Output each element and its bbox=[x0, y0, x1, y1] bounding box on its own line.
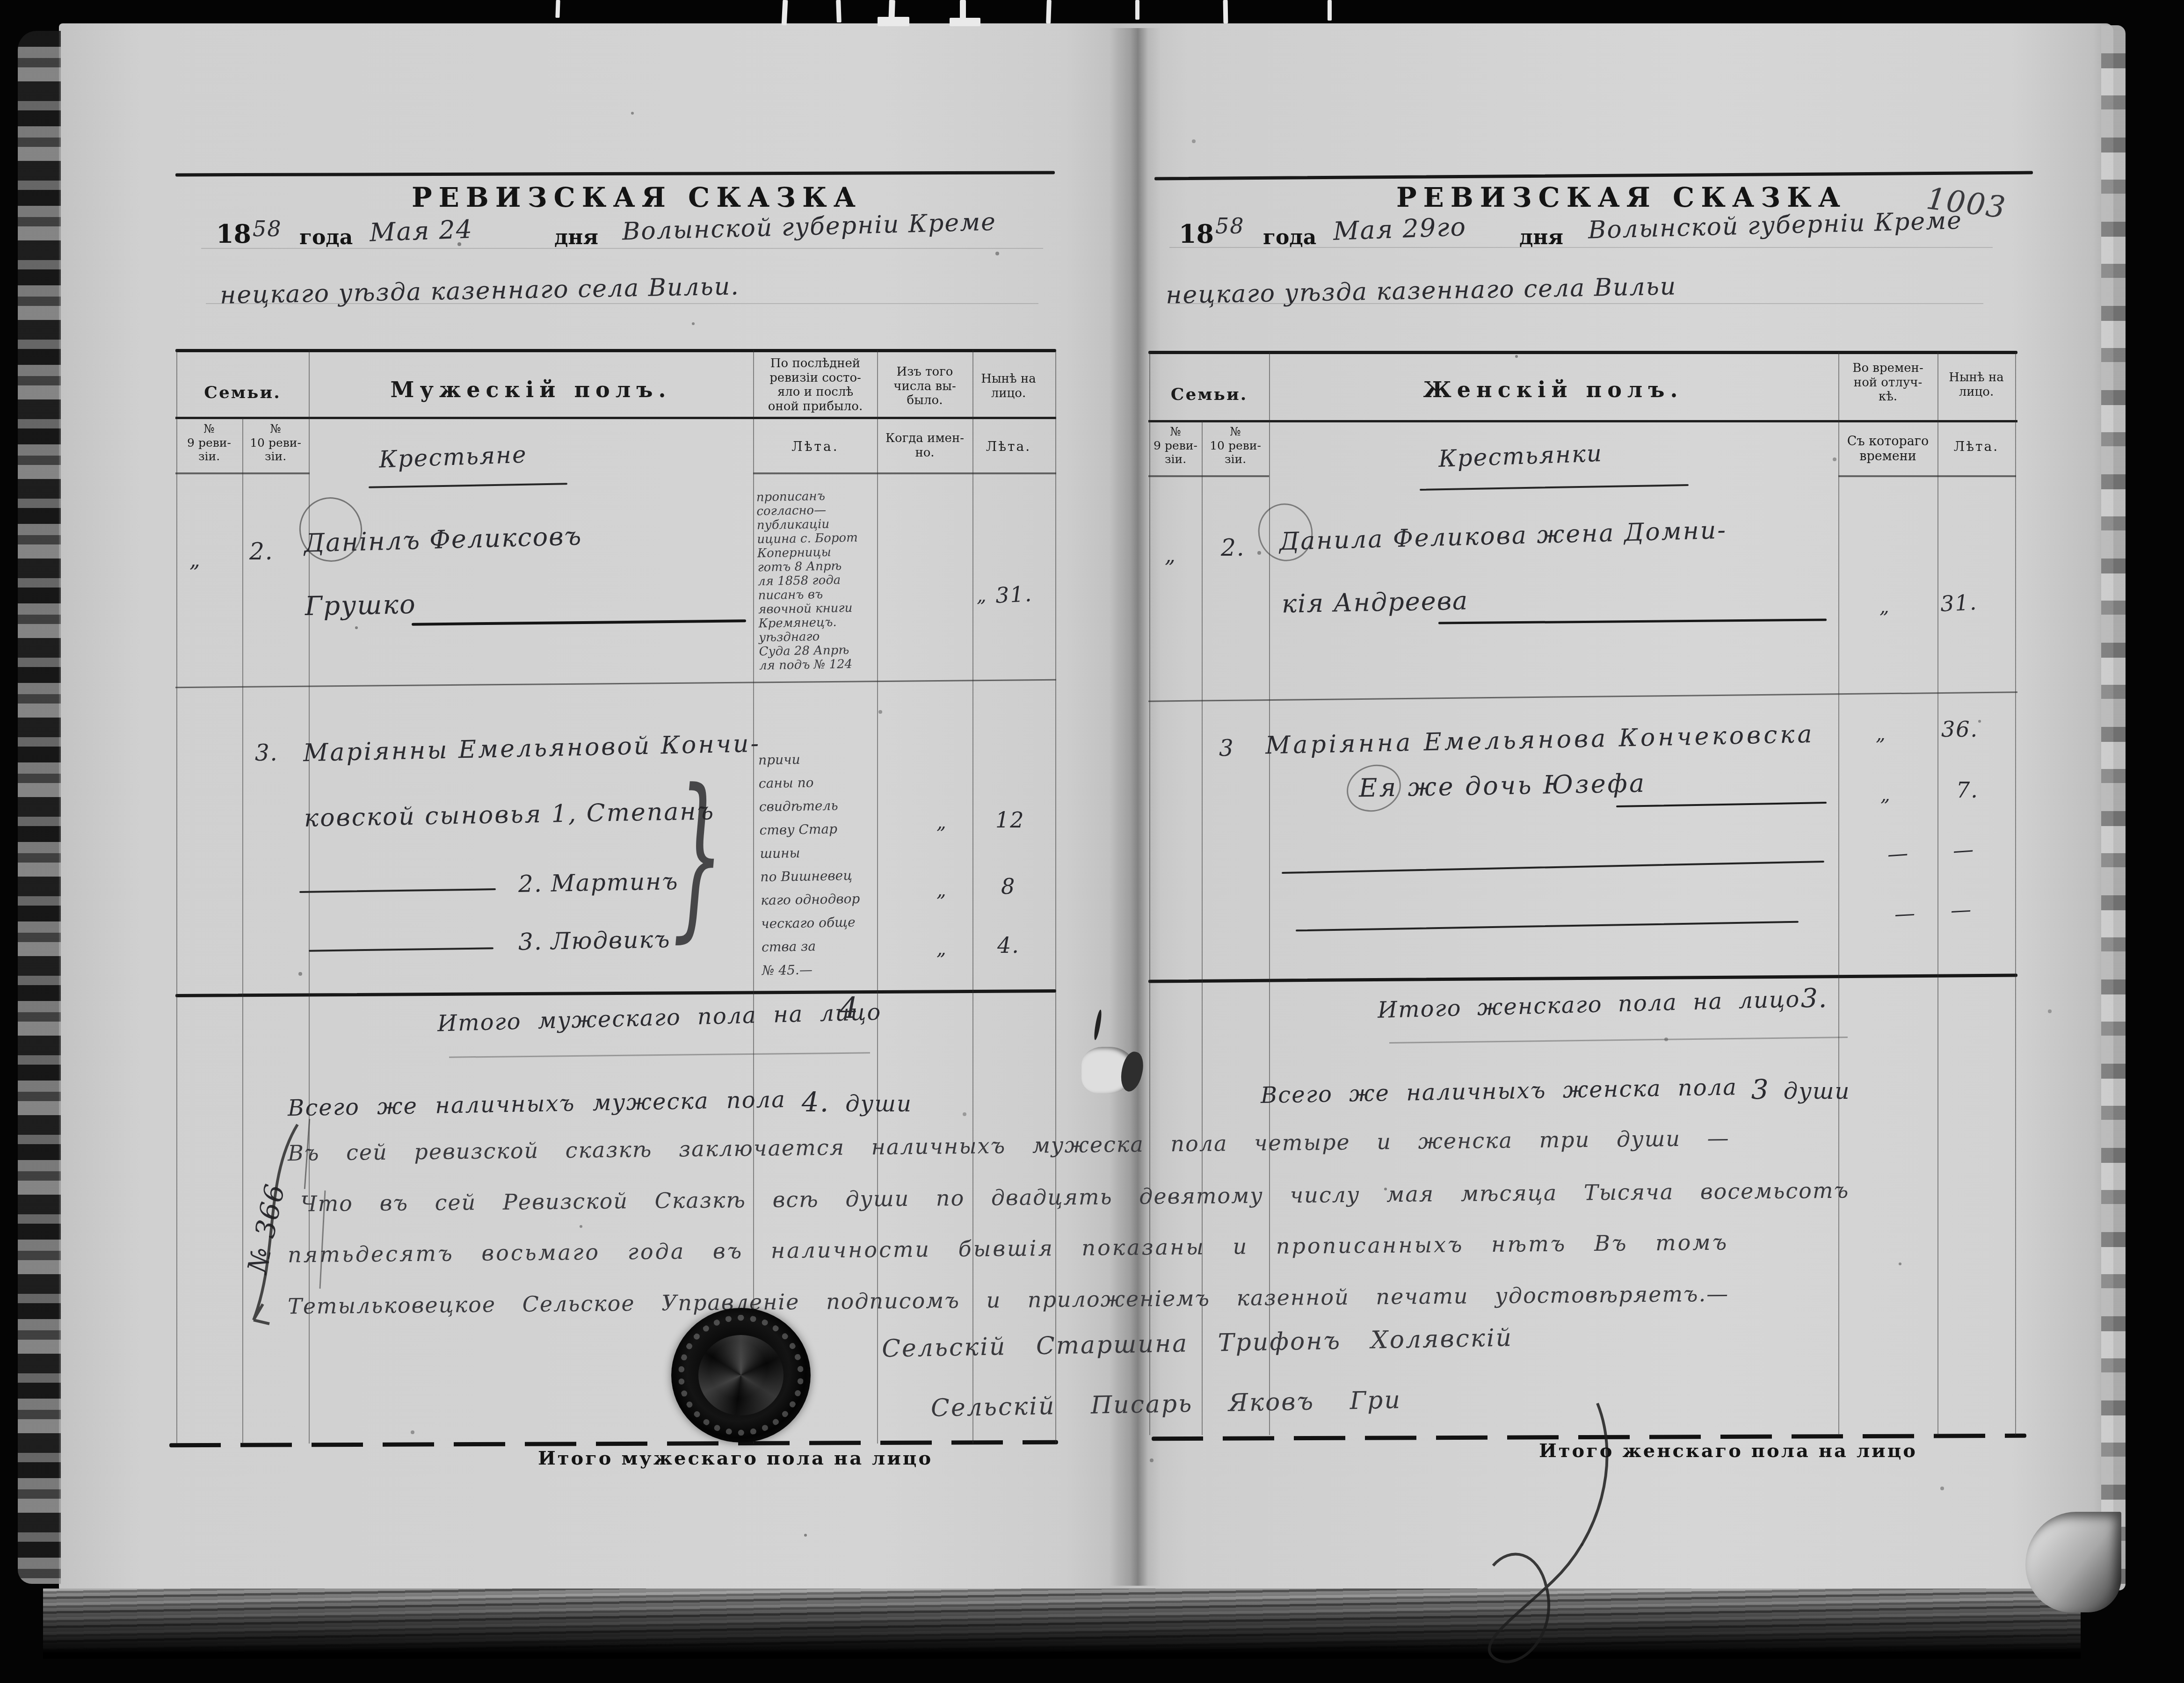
blank-entry-dash: — bbox=[1887, 841, 1909, 866]
blank-entry-dash: — bbox=[1894, 901, 1917, 926]
row-age: 31. bbox=[995, 581, 1033, 608]
right-header-rev10: № 10 реви- зіи. bbox=[1202, 425, 1269, 466]
left-subheader-rule bbox=[753, 472, 1056, 474]
right-page-title: РЕВИЗСКАЯ СКАЗКА bbox=[1396, 181, 1770, 213]
left-header-leta-last: Лѣта. bbox=[754, 439, 877, 454]
top-white-mark bbox=[1046, 0, 1052, 23]
right-date-handwritten: Мая 29го bbox=[1333, 212, 1467, 246]
left-year-handwritten: 58 bbox=[253, 216, 282, 241]
right-header-divider bbox=[1148, 420, 2017, 422]
right-subheader-rule bbox=[1148, 475, 1269, 477]
row-since-ditto: „ bbox=[1880, 784, 1891, 805]
dust-specks bbox=[0, 0, 2, 2]
left-header-last-revision: По послѣдней ревизіи состо- яло и послѣ … bbox=[754, 356, 877, 414]
left-page-title: РЕВИЗСКАЯ СКАЗКА bbox=[412, 181, 814, 213]
right-header-family: Семьи. bbox=[1149, 384, 1269, 404]
right-grand-total-line: Всего же наличныхъ женска пола 3 души bbox=[1261, 1074, 1850, 1105]
right-table-border bbox=[2015, 352, 2016, 1435]
ruled-guide-line bbox=[206, 303, 1038, 304]
signature-flourish bbox=[1357, 1392, 1665, 1679]
row-since-ditto: „ bbox=[1876, 723, 1887, 745]
top-white-mark bbox=[836, 0, 842, 22]
right-column-line bbox=[1838, 352, 1839, 1435]
bottom-right-page-curl bbox=[2025, 1512, 2121, 1612]
grouping-brace: } bbox=[673, 766, 724, 944]
left-grand-total-text: Всего же наличныхъ мужеска пола bbox=[288, 1087, 786, 1122]
left-table-border bbox=[176, 350, 177, 1444]
right-subheader-rule bbox=[1838, 475, 2016, 477]
left-section-heading: Крестьяне bbox=[378, 441, 527, 473]
row-when-ditto: „ bbox=[977, 585, 987, 606]
left-header-leta-now: Лѣта. bbox=[973, 439, 1044, 454]
row-name-line: Ея же дочь Юзефа bbox=[1358, 769, 1646, 803]
row-when-ditto: „ bbox=[936, 938, 947, 959]
left-footer-label: Итого мужескаго пола на лицо bbox=[538, 1447, 933, 1469]
right-header-since: Съ котораго времени bbox=[1839, 434, 1937, 464]
left-column-line bbox=[972, 350, 973, 1444]
left-header-divider bbox=[175, 417, 1056, 419]
row-rev10-number: 3 bbox=[1219, 735, 1234, 762]
row-age: 8 bbox=[1001, 874, 1016, 899]
row-when-ditto: „ bbox=[936, 812, 947, 833]
left-grand-total-unit: души bbox=[845, 1091, 912, 1117]
left-grand-total-line: Всего же наличныхъ мужеска пола 4. души bbox=[288, 1086, 912, 1118]
right-header-leta: Лѣта. bbox=[1938, 439, 2014, 454]
row-since-ditto: „ bbox=[1879, 596, 1890, 617]
right-header-away: Во времен- ной отлуч- кѣ. bbox=[1839, 361, 1937, 404]
blank-entry-dash: — bbox=[1950, 898, 1973, 922]
top-white-mark bbox=[782, 0, 788, 25]
top-white-mark bbox=[878, 17, 909, 26]
right-table-border bbox=[1149, 352, 1150, 1435]
left-header-rev10: № 10 реви- зіи. bbox=[242, 422, 309, 464]
top-white-mark bbox=[1223, 0, 1228, 23]
row-name-line: кія Андреева bbox=[1281, 586, 1468, 619]
row-age: 4. bbox=[997, 933, 1020, 958]
right-grand-total-unit: души bbox=[1784, 1078, 1850, 1104]
top-white-mark bbox=[950, 18, 980, 26]
left-date-handwritten: Мая 24 bbox=[369, 214, 473, 247]
right-section-heading: Крестьянки bbox=[1438, 440, 1603, 472]
left-column-line bbox=[753, 350, 754, 1444]
row-rev9-ditto: „ bbox=[1165, 544, 1176, 567]
left-grand-total-number: 4. bbox=[802, 1086, 829, 1118]
left-table-border bbox=[1055, 350, 1056, 1444]
top-white-mark bbox=[555, 0, 560, 18]
right-header-sex: Женскій полъ. bbox=[1269, 377, 1837, 402]
row-note-text: причи саны по свидѣтель ству Стар шины п… bbox=[758, 747, 889, 983]
right-footer-label: Итого женскаго пола на лицо bbox=[1539, 1440, 1917, 1462]
row-age: 31. bbox=[1940, 589, 1978, 617]
row-note-text: прописанъ согласно— публикаціи ицина с. … bbox=[756, 488, 886, 673]
ruled-guide-line bbox=[1169, 247, 1993, 248]
right-header-rev9: № 9 реви- зіи. bbox=[1149, 425, 1202, 466]
left-goda-label: года bbox=[299, 225, 353, 249]
ruled-guide-line bbox=[1169, 303, 1983, 304]
left-total-value: 4 bbox=[840, 991, 859, 1025]
right-dnya-label: дня bbox=[1519, 225, 1563, 249]
scanned-revision-list-spread: РЕВИЗСКАЯ СКАЗКА 18 58 года Мая 24 дня В… bbox=[0, 0, 2184, 1683]
blank-entry-dash: — bbox=[1952, 837, 1975, 863]
row-name-line: 3. Людвикъ bbox=[518, 926, 671, 956]
right-table-top-rule bbox=[1148, 351, 2017, 354]
left-header-present: Нынѣ на лицо. bbox=[973, 372, 1044, 400]
ruled-guide-line bbox=[201, 248, 1043, 249]
left-header-departed: Изъ того числа вы- было. bbox=[878, 365, 972, 408]
right-page-ragged-edge bbox=[2101, 25, 2126, 1590]
right-goda-label: года bbox=[1263, 225, 1316, 249]
left-header-family: Семьи. bbox=[176, 383, 309, 402]
right-column-line bbox=[1937, 352, 1938, 1435]
right-grand-total-number: 3 bbox=[1751, 1074, 1770, 1105]
row-rev10-number: 3. bbox=[255, 740, 278, 766]
row-age: 7. bbox=[1956, 777, 1979, 803]
right-grand-total-text: Всего же наличныхъ женска пола bbox=[1261, 1074, 1738, 1109]
right-year-handwritten: 58 bbox=[1215, 213, 1245, 239]
top-white-mark bbox=[1135, 0, 1139, 20]
left-header-rev9: № 9 реви- зіи. bbox=[176, 422, 242, 464]
left-year-prefix: 18 bbox=[216, 219, 251, 249]
right-year-prefix: 18 bbox=[1179, 219, 1214, 249]
row-rev10-number: 2. bbox=[1221, 534, 1245, 561]
row-rev9-ditto: „ bbox=[189, 548, 201, 572]
right-total-value: 3. bbox=[1801, 983, 1828, 1014]
row-when-ditto: „ bbox=[936, 879, 947, 901]
right-header-present: Нынѣ на лицо. bbox=[1938, 370, 2014, 399]
row-name-line: Грушко bbox=[305, 589, 416, 622]
right-column-line bbox=[1202, 421, 1203, 1435]
top-white-mark bbox=[1328, 0, 1332, 21]
left-page-ragged-edge bbox=[18, 31, 61, 1584]
row-name-line: 2. Мартинъ bbox=[518, 868, 679, 898]
row-age: 12 bbox=[995, 807, 1025, 833]
left-header-when: Когда имен- но. bbox=[878, 431, 972, 460]
row-rev10-number: 2. bbox=[249, 538, 274, 565]
left-header-sex: Мужескій полъ. bbox=[309, 377, 753, 402]
left-dnya-label: дня bbox=[554, 225, 598, 249]
row-age: 36. bbox=[1941, 717, 1978, 742]
bottom-page-stack-edge bbox=[43, 1589, 2081, 1659]
official-seal-stamp bbox=[671, 1308, 811, 1443]
left-table-top-rule bbox=[175, 349, 1056, 352]
